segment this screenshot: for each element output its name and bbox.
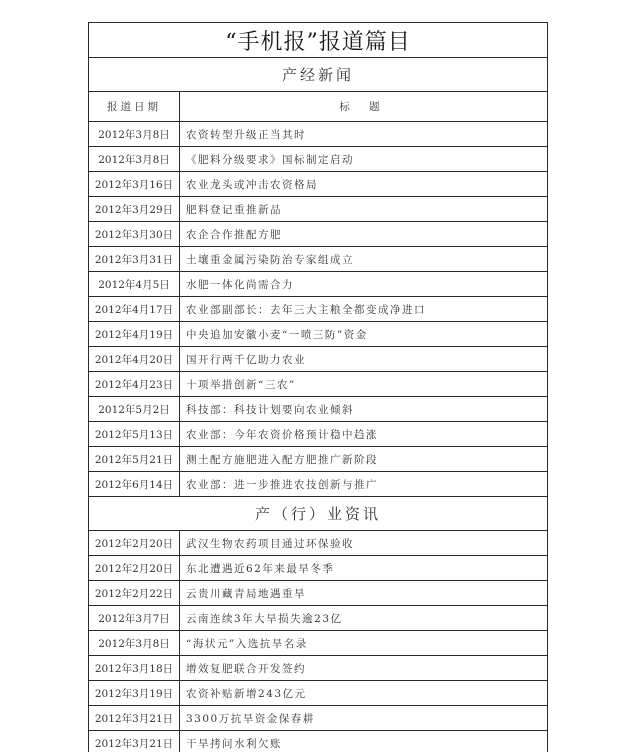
table-row: 2012年3月19日农资补贴新增243亿元 — [89, 681, 547, 706]
report-date: 2012年3月8日 — [89, 122, 180, 146]
report-date: 2012年6月14日 — [89, 472, 180, 496]
report-date: 2012年4月19日 — [89, 322, 180, 346]
report-title: 云南连续3年大旱损失逾23亿 — [180, 606, 547, 630]
report-date: 2012年3月31日 — [89, 247, 180, 271]
report-date: 2012年5月13日 — [89, 422, 180, 446]
report-date: 2012年3月16日 — [89, 172, 180, 196]
report-title: 干旱拷问水利欠账 — [180, 731, 547, 752]
table-row: 2012年5月21日测土配方施肥进入配方肥推广新阶段 — [89, 447, 547, 472]
report-title: 农业部：今年农资价格预计稳中趋涨 — [180, 422, 547, 446]
report-date: 2012年5月2日 — [89, 397, 180, 421]
report-title: 武汉生物农药项目通过环保验收 — [180, 531, 547, 555]
report-title: 农资补贴新增243亿元 — [180, 681, 547, 705]
report-date: 2012年3月8日 — [89, 631, 180, 655]
table-row: 2012年4月20日国开行两千亿助力农业 — [89, 347, 547, 372]
table-row: 2012年4月17日农业部副部长：去年三大主粮全都变成净进口 — [89, 297, 547, 322]
report-title: 水肥一体化尚需合力 — [180, 272, 547, 296]
table-row: 2012年2月20日武汉生物农药项目通过环保验收 — [89, 531, 547, 556]
report-title: 《肥料分级要求》国标制定启动 — [180, 147, 547, 171]
column-header-title: 标 题 — [180, 92, 547, 121]
report-title: 农资转型升级正当其时 — [180, 122, 547, 146]
section-industry-news-rows: 2012年3月8日农资转型升级正当其时2012年3月8日《肥料分级要求》国标制定… — [89, 122, 547, 497]
section-heading-industry-news: 产经新闻 — [89, 58, 547, 92]
table-row: 2012年2月22日云贵川藏青局地遇重旱 — [89, 581, 547, 606]
table-row: 2012年3月7日云南连续3年大旱损失逾23亿 — [89, 606, 547, 631]
report-date: 2012年4月5日 — [89, 272, 180, 296]
report-date: 2012年3月21日 — [89, 706, 180, 730]
report-title: 东北遭遇近62年来最旱冬季 — [180, 556, 547, 580]
table-row: 2012年2月20日东北遭遇近62年来最旱冬季 — [89, 556, 547, 581]
report-date: 2012年4月17日 — [89, 297, 180, 321]
report-title: 土壤重金属污染防治专家组成立 — [180, 247, 547, 271]
report-date: 2012年2月22日 — [89, 581, 180, 605]
report-date: 2012年3月8日 — [89, 147, 180, 171]
report-title: 农业部副部长：去年三大主粮全都变成净进口 — [180, 297, 547, 321]
table-row: 2012年4月23日十项举措创新“三农” — [89, 372, 547, 397]
report-date: 2012年3月18日 — [89, 656, 180, 680]
report-date: 2012年4月20日 — [89, 347, 180, 371]
report-date: 2012年3月30日 — [89, 222, 180, 246]
table-row: 2012年3月21日干旱拷问水利欠账 — [89, 731, 547, 752]
report-date: 2012年3月21日 — [89, 731, 180, 752]
table-row: 2012年3月18日增效复肥联合开发签约 — [89, 656, 547, 681]
report-title: 肥料登记重推新品 — [180, 197, 547, 221]
report-date: 2012年2月20日 — [89, 531, 180, 555]
report-title: 国开行两千亿助力农业 — [180, 347, 547, 371]
report-list-table: “手机报”报道篇目 产经新闻 报道日期 标 题 2012年3月8日农资转型升级正… — [88, 22, 548, 752]
report-title: 农业龙头或冲击农资格局 — [180, 172, 547, 196]
report-title: 3300万抗旱资金保春耕 — [180, 706, 547, 730]
document-title: “手机报”报道篇目 — [89, 23, 547, 58]
table-row: 2012年3月30日农企合作推配方肥 — [89, 222, 547, 247]
table-row: 2012年4月5日水肥一体化尚需合力 — [89, 272, 547, 297]
table-row: 2012年3月21日3300万抗旱资金保春耕 — [89, 706, 547, 731]
report-title: 农企合作推配方肥 — [180, 222, 547, 246]
report-date: 2012年5月21日 — [89, 447, 180, 471]
report-title: 十项举措创新“三农” — [180, 372, 547, 396]
report-title: 测土配方施肥进入配方肥推广新阶段 — [180, 447, 547, 471]
table-row: 2012年4月19日中央追加安徽小麦“一喷三防”资金 — [89, 322, 547, 347]
table-row: 2012年5月13日农业部：今年农资价格预计稳中趋涨 — [89, 422, 547, 447]
report-title: 增效复肥联合开发签约 — [180, 656, 547, 680]
report-title: “海状元”入选抗旱名录 — [180, 631, 547, 655]
table-row: 2012年3月29日肥料登记重推新品 — [89, 197, 547, 222]
report-title: 中央追加安徽小麦“一喷三防”资金 — [180, 322, 547, 346]
section-industry-info-rows: 2012年2月20日武汉生物农药项目通过环保验收2012年2月20日东北遭遇近6… — [89, 531, 547, 752]
section-heading-industry-info: 产（行）业资讯 — [89, 497, 547, 531]
table-row: 2012年3月31日土壤重金属污染防治专家组成立 — [89, 247, 547, 272]
table-row: 2012年3月8日农资转型升级正当其时 — [89, 122, 547, 147]
table-row: 2012年6月14日农业部：进一步推进农技创新与推广 — [89, 472, 547, 497]
table-row: 2012年3月8日《肥料分级要求》国标制定启动 — [89, 147, 547, 172]
table-row: 2012年3月8日“海状元”入选抗旱名录 — [89, 631, 547, 656]
report-title: 云贵川藏青局地遇重旱 — [180, 581, 547, 605]
column-header-row: 报道日期 标 题 — [89, 92, 547, 122]
report-date: 2012年3月19日 — [89, 681, 180, 705]
report-date: 2012年3月7日 — [89, 606, 180, 630]
column-header-date: 报道日期 — [89, 92, 180, 121]
report-date: 2012年3月29日 — [89, 197, 180, 221]
report-title: 农业部：进一步推进农技创新与推广 — [180, 472, 547, 496]
report-date: 2012年2月20日 — [89, 556, 180, 580]
table-row: 2012年3月16日农业龙头或冲击农资格局 — [89, 172, 547, 197]
report-title: 科技部：科技计划要向农业倾斜 — [180, 397, 547, 421]
table-row: 2012年5月2日科技部：科技计划要向农业倾斜 — [89, 397, 547, 422]
report-date: 2012年4月23日 — [89, 372, 180, 396]
